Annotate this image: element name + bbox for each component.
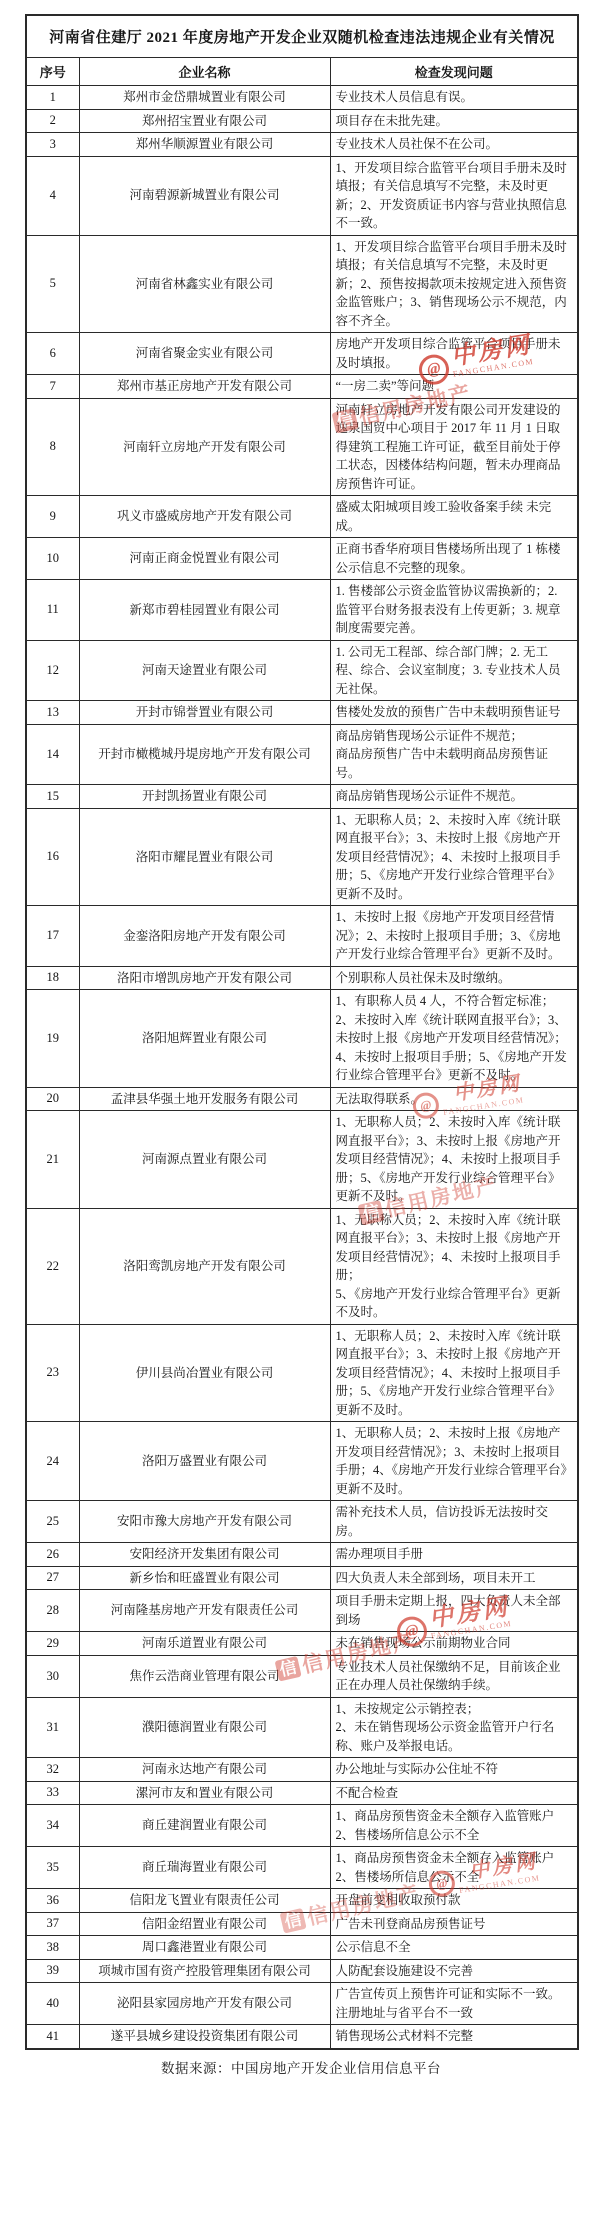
table-row: 30 焦作云浩商业管理有限公司 专业技术人员社保缴纳不足，目前该企业正在办理人员… <box>26 1655 578 1697</box>
row-number: 26 <box>26 1543 79 1567</box>
company-name: 河南隆基房地产开发有限责任公司 <box>79 1590 330 1632</box>
table-row: 33 漯河市友和置业有限公司 不配合检查 <box>26 1781 578 1805</box>
company-name: 泌阳县家园房地产开发有限公司 <box>79 1983 330 2025</box>
issue-text: 开盘前变相收取预付款 <box>330 1889 578 1913</box>
issue-text: 1、开发项目综合监管平台项目手册未及时填报；有关信息填写不完整，未及时更新；2、… <box>330 235 578 333</box>
column-header-issue: 检查发现问题 <box>330 58 578 86</box>
table-row: 5 河南省林鑫实业有限公司 1、开发项目综合监管平台项目手册未及时填报；有关信息… <box>26 235 578 333</box>
table-row: 27 新乡怡和旺盛置业有限公司 四大负责人未全部到场，项目未开工 <box>26 1566 578 1590</box>
table-row: 36 信阳龙飞置业有限责任公司 开盘前变相收取预付款 <box>26 1889 578 1913</box>
issue-text: 1、商品房预售资金未全额存入监管账户 2、售楼场所信息公示不全 <box>330 1805 578 1847</box>
row-number: 31 <box>26 1697 79 1758</box>
company-name: 商丘建润置业有限公司 <box>79 1805 330 1847</box>
company-name: 洛阳市耀昆置业有限公司 <box>79 808 330 906</box>
issue-text: 不配合检查 <box>330 1781 578 1805</box>
row-number: 7 <box>26 375 79 399</box>
company-name: 开封市锦誉置业有限公司 <box>79 701 330 725</box>
row-number: 41 <box>26 2025 79 2049</box>
issue-text: 销售现场公式材料不完整 <box>330 2025 578 2049</box>
company-name: 安阳市豫大房地产开发有限公司 <box>79 1501 330 1543</box>
table-row: 17 金銮洛阳房地产开发有限公司 1、未按时上报《房地产开发项目经营情况》；2、… <box>26 906 578 967</box>
table-row: 6 河南省聚金实业有限公司 房地产开发项目综合监管平台项目手册未及时填报。 <box>26 333 578 375</box>
issue-text: 需办理项目手册 <box>330 1543 578 1567</box>
company-name: 新乡怡和旺盛置业有限公司 <box>79 1566 330 1590</box>
company-name: 河南乐道置业有限公司 <box>79 1632 330 1656</box>
row-number: 12 <box>26 640 79 701</box>
table-row: 3 郑州华顺源置业有限公司 专业技术人员社保不在公司。 <box>26 133 578 157</box>
row-number: 2 <box>26 109 79 133</box>
company-name: 项城市国有资产控股管理集团有限公司 <box>79 1959 330 1983</box>
table-row: 40 泌阳县家园房地产开发有限公司 广告宣传页上预售许可证和实际不一致。 注册地… <box>26 1983 578 2025</box>
issue-text: “一房二卖”等问题 <box>330 375 578 399</box>
row-number: 37 <box>26 1912 79 1936</box>
issue-text: 1、无职称人员；2、未按时上报《房地产开发项目经营情况》；3、未按时上报项目手册… <box>330 1422 578 1501</box>
issue-text: 1、无职称人员；2、未按时入库《统计联网直报平台》；3、未按时上报《房地产开发项… <box>330 1208 578 1324</box>
issue-text: 专业技术人员社保缴纳不足，目前该企业正在办理人员社保缴纳手续。 <box>330 1655 578 1697</box>
table-row: 10 河南正商金悦置业有限公司 正商书香华府项目售楼场所出现了 1 栋楼公示信息… <box>26 538 578 580</box>
company-name: 漯河市友和置业有限公司 <box>79 1781 330 1805</box>
table-row: 41 遂平县城乡建设投资集团有限公司 销售现场公式材料不完整 <box>26 2025 578 2049</box>
company-name: 开封市橄榄城丹堤房地产开发有限公司 <box>79 724 330 785</box>
company-name: 洛阳鸾凯房地产开发有限公司 <box>79 1208 330 1324</box>
company-name: 金銮洛阳房地产开发有限公司 <box>79 906 330 967</box>
row-number: 3 <box>26 133 79 157</box>
table-row: 31 濮阳德润置业有限公司 1、未按规定公示销控表； 2、未在销售现场公示资金监… <box>26 1697 578 1758</box>
document-page: 河南省住建厅 2021 年度房地产开发企业双随机检查违法违规企业有关情况 序号 … <box>0 0 600 2222</box>
company-name: 新郑市碧桂园置业有限公司 <box>79 580 330 641</box>
issue-text: 项目手册未定期上报，四大负责人未全部到场 <box>330 1590 578 1632</box>
table-row: 21 河南源点置业有限公司 1、无职称人员；2、未按时入库《统计联网直报平台》；… <box>26 1111 578 1209</box>
table-row: 11 新郑市碧桂园置业有限公司 1. 售楼部公示资金监管协议需换新的；2. 监管… <box>26 580 578 641</box>
row-number: 4 <box>26 156 79 235</box>
issue-text: 1、无职称人员；2、未按时入库《统计联网直报平台》；3、未按时上报《房地产开发项… <box>330 1324 578 1422</box>
issue-text: 人防配套设施建设不完善 <box>330 1959 578 1983</box>
company-name: 河南永达地产有限公司 <box>79 1758 330 1782</box>
company-name: 焦作云浩商业管理有限公司 <box>79 1655 330 1697</box>
company-name: 河南省聚金实业有限公司 <box>79 333 330 375</box>
row-number: 16 <box>26 808 79 906</box>
header-row: 序号 企业名称 检查发现问题 <box>26 58 578 86</box>
row-number: 8 <box>26 398 79 496</box>
row-number: 17 <box>26 906 79 967</box>
table-row: 9 巩义市盛威房地产开发有限公司 盛威太阳城项目竣工验收备案手续 未完成。 <box>26 496 578 538</box>
company-name: 孟津县华强土地开发服务有限公司 <box>79 1087 330 1111</box>
table-row: 12 河南天途置业有限公司 1. 公司无工程部、综合部门牌；2. 无工程、综合、… <box>26 640 578 701</box>
issue-text: 专业技术人员社保不在公司。 <box>330 133 578 157</box>
company-name: 遂平县城乡建设投资集团有限公司 <box>79 2025 330 2049</box>
table-row: 15 开封凯扬置业有限公司 商品房销售现场公示证件不规范。 <box>26 785 578 809</box>
table-row: 24 洛阳万盛置业有限公司 1、无职称人员；2、未按时上报《房地产开发项目经营情… <box>26 1422 578 1501</box>
row-number: 1 <box>26 86 79 110</box>
table-row: 13 开封市锦誉置业有限公司 售楼处发放的预售广告中未载明预售证号 <box>26 701 578 725</box>
issue-text: 商品房销售现场公示证件不规范； 商品房预售广告中未载明商品房预售证号。 <box>330 724 578 785</box>
table-row: 1 郑州市金岱鼎城置业有限公司 专业技术人员信息有误。 <box>26 86 578 110</box>
company-name: 洛阳市增凯房地产开发有限公司 <box>79 966 330 990</box>
company-name: 河南碧源新城置业有限公司 <box>79 156 330 235</box>
issue-text: 四大负责人未全部到场，项目未开工 <box>330 1566 578 1590</box>
company-name: 巩义市盛威房地产开发有限公司 <box>79 496 330 538</box>
company-name: 河南省林鑫实业有限公司 <box>79 235 330 333</box>
issue-text: 广告未刊登商品房预售证号 <box>330 1912 578 1936</box>
company-name: 信阳龙飞置业有限责任公司 <box>79 1889 330 1913</box>
row-number: 19 <box>26 990 79 1088</box>
issue-text: 无法取得联系。 <box>330 1087 578 1111</box>
table-row: 14 开封市橄榄城丹堤房地产开发有限公司 商品房销售现场公示证件不规范； 商品房… <box>26 724 578 785</box>
issue-text: 需补充技术人员，信访投诉无法按时交房。 <box>330 1501 578 1543</box>
issue-text: 河南轩立房地产开发有限公司开发建设的逸泉国贸中心项目于 2017 年 11 月 … <box>330 398 578 496</box>
data-source-note: 数据来源：中国房地产开发企业信用信息平台 <box>25 2050 577 2087</box>
company-name: 郑州招宝置业有限公司 <box>79 109 330 133</box>
inspection-table: 河南省住建厅 2021 年度房地产开发企业双随机检查违法违规企业有关情况 序号 … <box>25 14 579 2050</box>
company-name: 信阳金绍置业有限公司 <box>79 1912 330 1936</box>
issue-text: 1、无职称人员；2、未按时入库《统计联网直报平台》；3、未按时上报《房地产开发项… <box>330 1111 578 1209</box>
row-number: 5 <box>26 235 79 333</box>
issue-text: 1、未按时上报《房地产开发项目经营情况》；2、未按时上报项目手册；3、《房地产开… <box>330 906 578 967</box>
row-number: 30 <box>26 1655 79 1697</box>
company-name: 洛阳旭辉置业有限公司 <box>79 990 330 1088</box>
row-number: 25 <box>26 1501 79 1543</box>
row-number: 33 <box>26 1781 79 1805</box>
company-name: 濮阳德润置业有限公司 <box>79 1697 330 1758</box>
issue-text: 正商书香华府项目售楼场所出现了 1 栋楼公示信息不完整的现象。 <box>330 538 578 580</box>
company-name: 河南源点置业有限公司 <box>79 1111 330 1209</box>
row-number: 22 <box>26 1208 79 1324</box>
issue-text: 公示信息不全 <box>330 1936 578 1960</box>
table-row: 28 河南隆基房地产开发有限责任公司 项目手册未定期上报，四大负责人未全部到场 <box>26 1590 578 1632</box>
issue-text: 房地产开发项目综合监管平台项目手册未及时填报。 <box>330 333 578 375</box>
issue-text: 售楼处发放的预售广告中未载明预售证号 <box>330 701 578 725</box>
issue-text: 盛威太阳城项目竣工验收备案手续 未完成。 <box>330 496 578 538</box>
table-row: 8 河南轩立房地产开发有限公司 河南轩立房地产开发有限公司开发建设的逸泉国贸中心… <box>26 398 578 496</box>
table-row: 32 河南永达地产有限公司 办公地址与实际办公住址不符 <box>26 1758 578 1782</box>
row-number: 18 <box>26 966 79 990</box>
company-name: 河南天途置业有限公司 <box>79 640 330 701</box>
row-number: 24 <box>26 1422 79 1501</box>
table-row: 19 洛阳旭辉置业有限公司 1、有职称人员 4 人，不符合暂定标准；2、未按时入… <box>26 990 578 1088</box>
title-row: 河南省住建厅 2021 年度房地产开发企业双随机检查违法违规企业有关情况 <box>26 15 578 58</box>
company-name: 郑州华顺源置业有限公司 <box>79 133 330 157</box>
row-number: 34 <box>26 1805 79 1847</box>
company-name: 河南轩立房地产开发有限公司 <box>79 398 330 496</box>
company-name: 郑州市金岱鼎城置业有限公司 <box>79 86 330 110</box>
table-row: 38 周口鑫港置业有限公司 公示信息不全 <box>26 1936 578 1960</box>
column-header-no: 序号 <box>26 58 79 86</box>
row-number: 10 <box>26 538 79 580</box>
table-row: 18 洛阳市增凯房地产开发有限公司 个别职称人员社保未及时缴纳。 <box>26 966 578 990</box>
issue-text: 1、有职称人员 4 人，不符合暂定标准；2、未按时入库《统计联网直报平台》；3、… <box>330 990 578 1088</box>
table-row: 7 郑州市基正房地产开发有限公司 “一房二卖”等问题 <box>26 375 578 399</box>
issue-text: 1. 售楼部公示资金监管协议需换新的；2. 监管平台财务报表没有上传更新；3. … <box>330 580 578 641</box>
table-row: 39 项城市国有资产控股管理集团有限公司 人防配套设施建设不完善 <box>26 1959 578 1983</box>
table-body: 1 郑州市金岱鼎城置业有限公司 专业技术人员信息有误。 2 郑州招宝置业有限公司… <box>26 86 578 2049</box>
row-number: 40 <box>26 1983 79 2025</box>
row-number: 23 <box>26 1324 79 1422</box>
company-name: 郑州市基正房地产开发有限公司 <box>79 375 330 399</box>
row-number: 14 <box>26 724 79 785</box>
row-number: 38 <box>26 1936 79 1960</box>
row-number: 39 <box>26 1959 79 1983</box>
issue-text: 1、商品房预售资金未全额存入监管账户 2、售楼场所信息公示不全 <box>330 1847 578 1889</box>
row-number: 35 <box>26 1847 79 1889</box>
column-header-company: 企业名称 <box>79 58 330 86</box>
page-title: 河南省住建厅 2021 年度房地产开发企业双随机检查违法违规企业有关情况 <box>26 15 578 58</box>
table-row: 4 河南碧源新城置业有限公司 1、开发项目综合监管平台项目手册未及时填报；有关信… <box>26 156 578 235</box>
table-row: 2 郑州招宝置业有限公司 项目存在未批先建。 <box>26 109 578 133</box>
table-row: 37 信阳金绍置业有限公司 广告未刊登商品房预售证号 <box>26 1912 578 1936</box>
row-number: 13 <box>26 701 79 725</box>
row-number: 28 <box>26 1590 79 1632</box>
issue-text: 广告宣传页上预售许可证和实际不一致。 注册地址与省平台不一致 <box>330 1983 578 2025</box>
row-number: 9 <box>26 496 79 538</box>
company-name: 伊川县尚冶置业有限公司 <box>79 1324 330 1422</box>
table-row: 25 安阳市豫大房地产开发有限公司 需补充技术人员，信访投诉无法按时交房。 <box>26 1501 578 1543</box>
issue-text: 1、开发项目综合监管平台项目手册未及时填报；有关信息填写不完整，未及时更新；2、… <box>330 156 578 235</box>
issue-text: 个别职称人员社保未及时缴纳。 <box>330 966 578 990</box>
issue-text: 1. 公司无工程部、综合部门牌；2. 无工程、综合、会议室制度；3. 专业技术人… <box>330 640 578 701</box>
company-name: 周口鑫港置业有限公司 <box>79 1936 330 1960</box>
row-number: 32 <box>26 1758 79 1782</box>
issue-text: 1、未按规定公示销控表； 2、未在销售现场公示资金监管开户行名称、账户及举报电话… <box>330 1697 578 1758</box>
row-number: 20 <box>26 1087 79 1111</box>
issue-text: 商品房销售现场公示证件不规范。 <box>330 785 578 809</box>
row-number: 27 <box>26 1566 79 1590</box>
row-number: 15 <box>26 785 79 809</box>
company-name: 安阳经济开发集团有限公司 <box>79 1543 330 1567</box>
issue-text: 专业技术人员信息有误。 <box>330 86 578 110</box>
issue-text: 办公地址与实际办公住址不符 <box>330 1758 578 1782</box>
row-number: 6 <box>26 333 79 375</box>
row-number: 29 <box>26 1632 79 1656</box>
row-number: 36 <box>26 1889 79 1913</box>
table-row: 26 安阳经济开发集团有限公司 需办理项目手册 <box>26 1543 578 1567</box>
company-name: 开封凯扬置业有限公司 <box>79 785 330 809</box>
row-number: 11 <box>26 580 79 641</box>
row-number: 21 <box>26 1111 79 1209</box>
company-name: 洛阳万盛置业有限公司 <box>79 1422 330 1501</box>
table-row: 29 河南乐道置业有限公司 未在销售现场公示前期物业合同 <box>26 1632 578 1656</box>
issue-text: 项目存在未批先建。 <box>330 109 578 133</box>
issue-text: 未在销售现场公示前期物业合同 <box>330 1632 578 1656</box>
table-row: 34 商丘建润置业有限公司 1、商品房预售资金未全额存入监管账户 2、售楼场所信… <box>26 1805 578 1847</box>
table-row: 23 伊川县尚冶置业有限公司 1、无职称人员；2、未按时入库《统计联网直报平台》… <box>26 1324 578 1422</box>
company-name: 商丘瑞海置业有限公司 <box>79 1847 330 1889</box>
table-row: 35 商丘瑞海置业有限公司 1、商品房预售资金未全额存入监管账户 2、售楼场所信… <box>26 1847 578 1889</box>
table-row: 22 洛阳鸾凯房地产开发有限公司 1、无职称人员；2、未按时入库《统计联网直报平… <box>26 1208 578 1324</box>
table-row: 20 孟津县华强土地开发服务有限公司 无法取得联系。 <box>26 1087 578 1111</box>
table-row: 16 洛阳市耀昆置业有限公司 1、无职称人员；2、未按时入库《统计联网直报平台》… <box>26 808 578 906</box>
company-name: 河南正商金悦置业有限公司 <box>79 538 330 580</box>
issue-text: 1、无职称人员；2、未按时入库《统计联网直报平台》；3、未按时上报《房地产开发项… <box>330 808 578 906</box>
